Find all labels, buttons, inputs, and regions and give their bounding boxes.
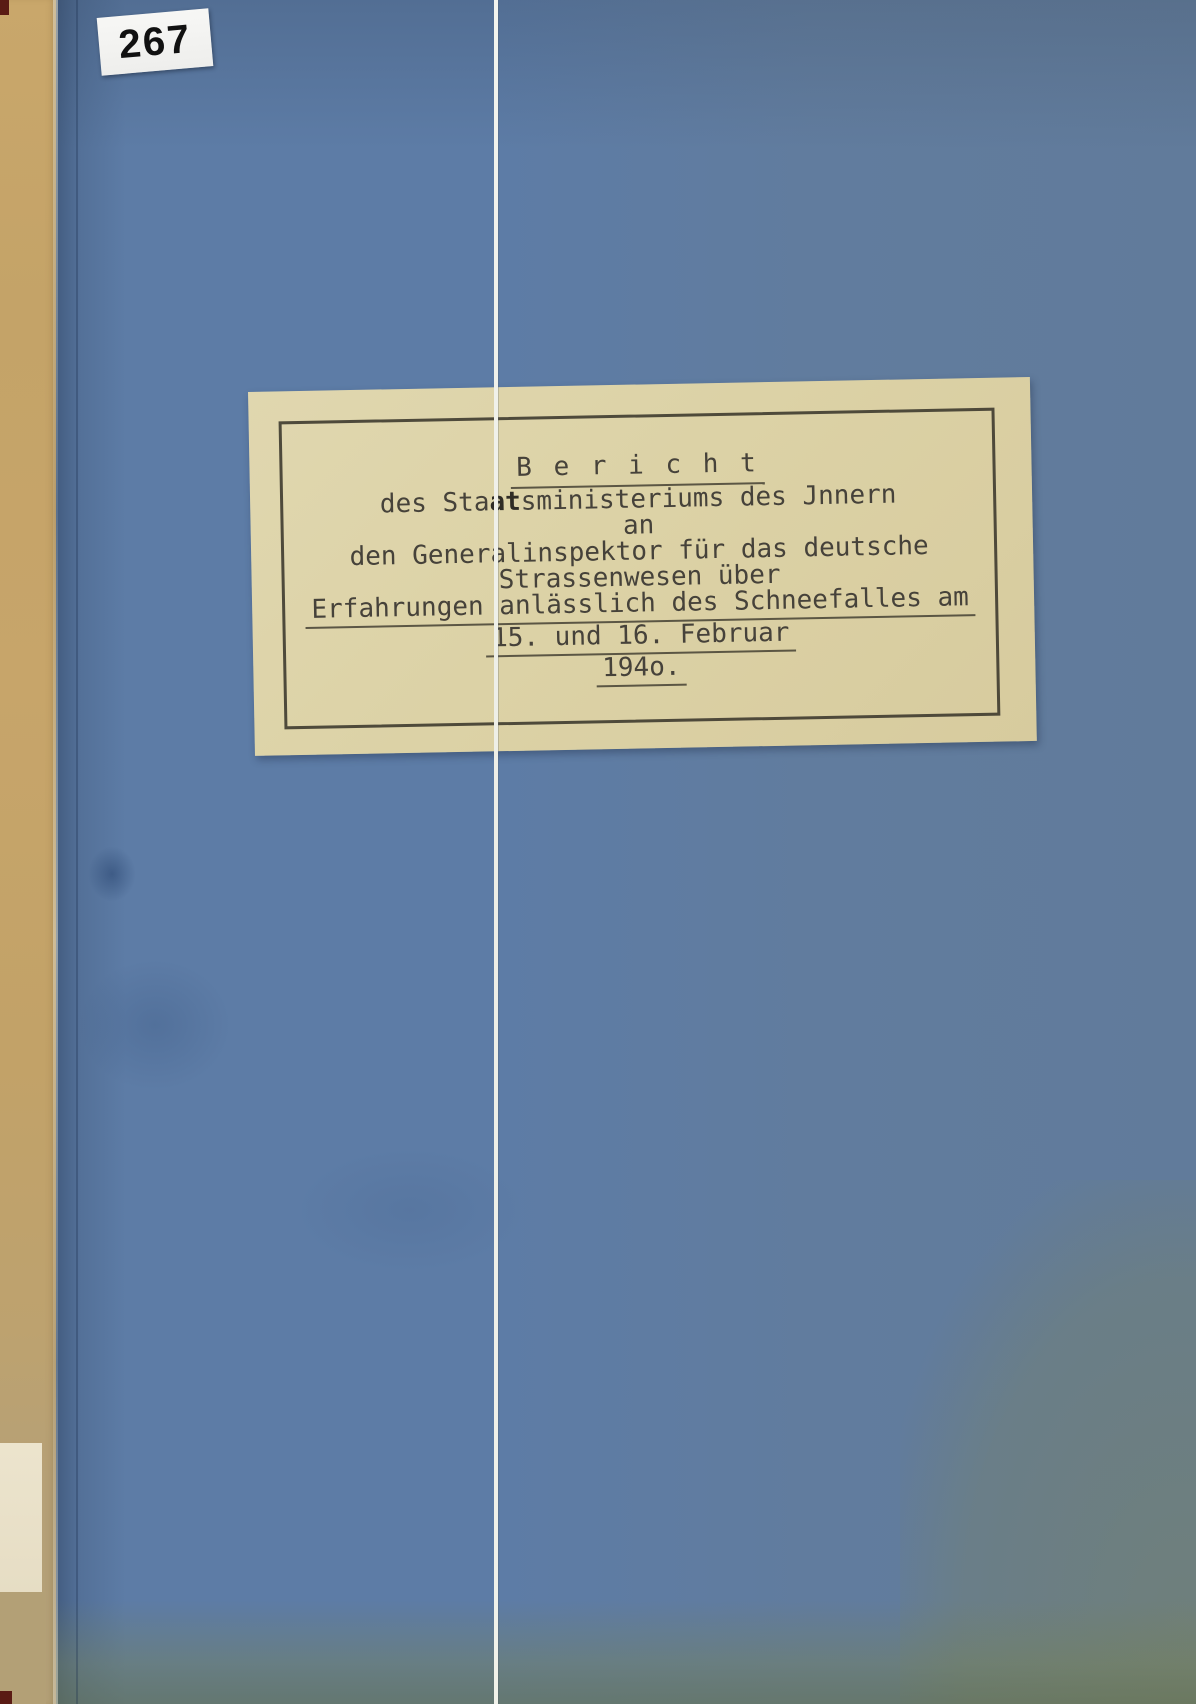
spine-strip <box>0 0 56 1704</box>
cover-olive-corner <box>900 1180 1196 1704</box>
scanned-cover-page: 267 B e r i c h tdes Staatsministeriums … <box>0 0 1196 1704</box>
cover-bottom-fade <box>0 1600 1196 1704</box>
page-number-text: 267 <box>117 16 193 67</box>
fold-crease-line <box>494 0 498 1704</box>
page-number-sticker: 267 <box>97 8 214 76</box>
spine-light-patch <box>0 1443 42 1593</box>
stain-mark <box>300 1150 520 1270</box>
corner-chip-top-left <box>0 0 9 15</box>
corner-chip-bottom-left <box>0 1691 12 1704</box>
spine-bottom-patch <box>0 1592 46 1704</box>
cover-right-shade <box>497 0 1196 1704</box>
spine-frayed-edge <box>53 0 58 1704</box>
stain-mark <box>88 846 136 902</box>
title-label: B e r i c h tdes Staatsministeriums des … <box>248 377 1037 756</box>
title-label-lines: B e r i c h tdes Staatsministeriums des … <box>283 444 995 694</box>
stain-mark <box>80 960 230 1090</box>
spine-crease-line <box>76 0 78 1704</box>
